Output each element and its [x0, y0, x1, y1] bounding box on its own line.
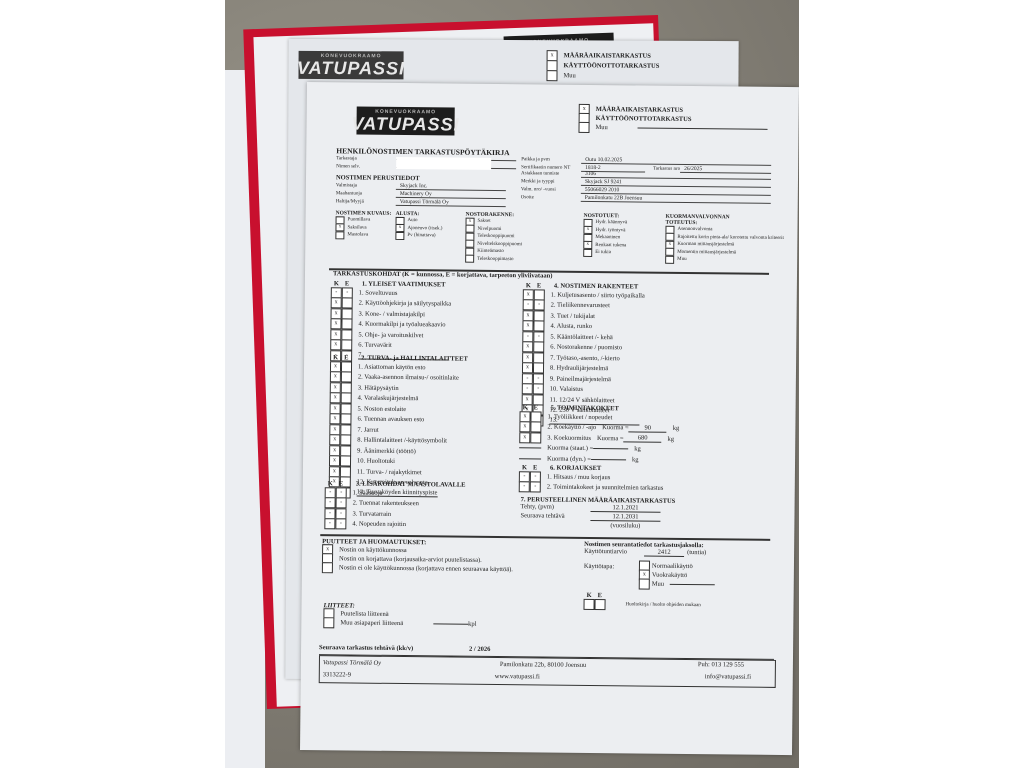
check-item-label: 9. Äänimerkki (tööttö): [357, 447, 416, 455]
check-item-label: 1. Hitsaus / muu korjaus: [547, 473, 610, 481]
attachment-checkbox: [323, 617, 334, 628]
next-label: Seuraava tehtävä: [520, 512, 590, 520]
e-checkbox: [341, 329, 352, 340]
k-checkbox: -: [519, 481, 530, 492]
make-model-label: Merkki ja tyyppi: [521, 179, 581, 185]
check-item-label: 4. Nopeuden rajoitin: [352, 521, 406, 529]
inspection-type-checkbox: [578, 122, 589, 133]
inspection-type-label: Muu: [596, 124, 608, 131]
category-option-label: Niveltelskooppipuomi: [477, 242, 522, 247]
category-option-label: Muu: [677, 257, 687, 262]
load-value: 680: [624, 435, 662, 443]
inspection-type: xMÄÄRÄAIKAISTARKASTUS KÄYTTÖÖNOTTOTARKAS…: [578, 105, 768, 134]
category-option-label: Teleskooppipuomi: [477, 234, 514, 239]
check-item-label: 10. Huoltotuki: [357, 458, 395, 465]
check-item-label: Kuorma (staat.) =: [547, 445, 593, 452]
k-checkbox: x: [522, 321, 533, 332]
load-blank: [591, 459, 626, 460]
load-label: Kuorma =: [597, 435, 624, 442]
category-option-label: Ei tukia: [595, 250, 611, 255]
e-checkbox: [341, 361, 352, 372]
section-thorough-inspection: 7. PERUSTEELLINEN MÄÄRÄAIKAISTARKASTUS T…: [520, 496, 720, 530]
check-item-label: 5. Kääntölaitteet /- kehä: [550, 333, 613, 341]
section-title: 5. TOIMINTAKOKEET: [551, 405, 619, 413]
check-item-label: 5. Noston estolaite: [358, 405, 407, 413]
section-title: 2. TURVA- ja HALLINTALAITTEET: [361, 355, 468, 363]
category-option-label: Hydr. työntyvä: [595, 228, 625, 233]
e-checkbox: -: [533, 331, 544, 342]
section-repairs: KE6. KORJAUKSET--1. Hitsaus / muu korjau…: [519, 464, 664, 494]
unit-label: kg: [632, 456, 639, 463]
check-item-label: 6. Nostorakenne / puomisto: [550, 344, 622, 352]
check-item-label: 6. Turvavärit: [358, 342, 392, 349]
category-option-label: Rajoitettu korin pinta-ala/ korotettu va…: [677, 235, 784, 241]
k-checkbox: -: [519, 471, 530, 482]
category-checkbox: [335, 231, 344, 239]
category-option-label: Pv (hinattava): [407, 233, 435, 238]
e-checkbox: -: [530, 482, 541, 493]
check-item-label: 4. Varalaskujärjestelmä: [358, 395, 419, 403]
check-item-label: 2. Koekäyttö / -ajo: [547, 424, 596, 432]
check-item-label: 4. Kuormakilpi ja työalueakaavio: [358, 321, 445, 329]
check-item-label: 1. Kuljetusasento / siirto työpaikalla: [551, 291, 645, 299]
category-groups: NOSTIMEN KUVAUS:PuomillavaxSaksilavaMast…: [335, 210, 776, 273]
e-checkbox: -: [336, 498, 347, 509]
checks-title: TARKASTUSKOHDAT (K = kunnossa, E = korja…: [333, 270, 552, 279]
doc-logo-main: VATUPASSI: [351, 114, 459, 133]
e-checkbox: [341, 340, 352, 351]
check-item-label: 6. Tuennan avauksen esto: [357, 416, 424, 424]
k-checkbox: x: [519, 421, 530, 432]
remark-label: Nostin on korjattava (korjausaika-arviot…: [339, 555, 482, 563]
k-checkbox: x: [519, 411, 530, 422]
category-option-label: Momentin mittausjärjestelmä: [677, 250, 736, 256]
address-label: Osoite: [521, 195, 581, 201]
manufacturer-label: Valmistaja: [336, 183, 396, 189]
e-checkbox: [342, 298, 353, 309]
k-checkbox: x: [329, 456, 340, 467]
e-checkbox: -: [533, 373, 544, 384]
unit-label: kg: [668, 436, 675, 443]
name-clarification-label: Nimen selv.: [336, 164, 396, 170]
k-checkbox: -: [325, 487, 336, 498]
k-checkbox: x: [330, 361, 341, 372]
category-option-label: Hydr. käännyvä: [596, 220, 628, 225]
category-checkbox: [583, 249, 592, 257]
category-group: KUORMANVALVONNAN TOTEUTUS:Asennonvalvont…: [665, 214, 784, 265]
inspector-label: Tarkastaja: [336, 156, 396, 162]
check-item-label: 1. Asiattoman käytön esto: [358, 363, 426, 371]
k-checkbox: x: [330, 329, 341, 340]
maintenance-k-checkbox: [583, 599, 594, 610]
check-item-label: 8. Hydraulijärjestelmä: [550, 365, 608, 373]
middle-logo-main: VATUPASSI: [297, 59, 405, 78]
middle-check-label: MÄÄRÄAIKAISTARKASTUS: [564, 52, 651, 59]
basic-info-title: NOSTIMEN PERUSTIEDOT: [336, 174, 420, 182]
e-checkbox: [340, 456, 351, 467]
category-option-label: Saksilava: [347, 225, 366, 230]
k-checkbox: x: [330, 319, 341, 330]
k-checkbox: x: [329, 414, 340, 425]
e-checkbox: [340, 424, 351, 435]
k-checkbox: x: [330, 382, 341, 393]
usage-checkbox: [639, 579, 650, 590]
remarks: PUUTTEET JA HUOMAUTUKSET: xNostin on käy…: [322, 538, 582, 575]
basic-info-left: ValmistajaSkyjack Inc. MaahantuojaMachin…: [336, 182, 506, 208]
middle-check-label: KÄYTTÖÖNOTTOTARKASTUS: [564, 62, 660, 70]
check-item-label: 2. Käyttöohjekirja ja säilytyspaikka: [359, 300, 451, 308]
load-blank: [593, 448, 628, 449]
redacted-name: [396, 157, 491, 170]
e-checkbox: [341, 372, 352, 383]
k-checkbox: x: [523, 310, 534, 321]
middle-check-2: [546, 70, 557, 81]
blank-dash: [519, 458, 541, 459]
e-checkbox: [341, 403, 352, 414]
category-option-label: Ajoneuvo (itsek.): [407, 226, 442, 231]
inspection-type-label: KÄYTTÖÖNOTTOTARKASTUS: [596, 115, 692, 123]
load-value: 90: [629, 424, 667, 432]
photo-background: KONEVUOKRAAMO VATUPASSI HENKILÖNOSTIMEN …: [225, 0, 799, 768]
section-general-requirements: KE1. YLEISET VAATIMUKSET--1. Soveltuvuus…: [330, 280, 451, 362]
unit-label: kg: [634, 446, 641, 453]
k-checkbox: -: [522, 373, 533, 384]
category-option-label: Auto: [408, 218, 418, 223]
manufacturer-value: Skyjack Inc.: [396, 183, 506, 191]
hours-label: Käyttötuntiarvio: [584, 548, 644, 556]
footer-email[interactable]: info@vatupassi.fi: [705, 673, 751, 680]
holder-value: Vatupassi Törmälä Oy: [396, 199, 506, 207]
customer-id-label: Asiakkaan tunniste: [521, 171, 581, 177]
attachments: LIITTEET: Puutelista liitteenä Muu asiap…: [323, 602, 523, 629]
next-value: 12.1.2031: [590, 513, 660, 522]
check-item-label: 9. Paineilmajärjestelmä: [550, 375, 611, 383]
category-option-label: Puomillava: [348, 218, 371, 223]
e-checkbox: -: [336, 487, 347, 498]
footer-phone: Puh: 013 129 555: [698, 661, 744, 668]
k-checkbox: x: [330, 372, 341, 383]
check-item-label: 3. Kone- / valmistajakilpi: [359, 310, 426, 318]
footer-website[interactable]: www.vatupassi.fi: [495, 673, 540, 680]
check-item-label: 8. Hallintalaitteet /-käyttösymbolit: [357, 437, 447, 445]
importer-value: Machinery Oy: [396, 191, 506, 199]
attachment-label: Muu asiapaperi liitteenä: [340, 619, 403, 627]
e-checkbox: [340, 466, 351, 477]
usage-option-label: Normaalikäyttö: [652, 563, 693, 570]
category-group-title: KUORMANVALVONNAN TOTEUTUS:: [666, 214, 756, 227]
done-label: Tehty, (pvm): [521, 503, 591, 511]
k-checkbox: x: [522, 342, 533, 353]
check-row: --4. Nopeuden rajoitin: [324, 519, 465, 531]
check-item-label: 11. Turva- / rajakytkimet: [357, 468, 422, 476]
e-checkbox: [341, 382, 352, 393]
check-item-label: 11. 12/24 V sähkölaitteet: [550, 396, 615, 404]
e-checkbox: [533, 363, 544, 374]
middle-logo: KONEVUOKRAAMO VATUPASSI: [298, 51, 403, 80]
next-inspection-label: Seuraava tarkastus tehtävä (kk/v): [319, 644, 469, 653]
unit-label: kg: [673, 425, 680, 432]
hours-unit: (tuntia): [687, 549, 706, 556]
e-checkbox: [533, 321, 544, 332]
category-option-label: Mastolava: [347, 233, 368, 238]
check-item-label: 2. Tieliikennevarusteet: [551, 302, 610, 310]
check-item-label: 1. Soveltuvuus: [359, 289, 398, 296]
year-note: (vuosiluku): [590, 522, 660, 530]
k-checkbox: x: [522, 352, 533, 363]
k-checkbox: -: [331, 287, 342, 298]
importer-label: Maahantuoja: [336, 191, 396, 197]
remark-label: Nostin ei ole käyttökunnossa (korjattava…: [339, 564, 513, 573]
usage-option-label: Vuokrakäyttö: [652, 572, 687, 579]
e-checkbox: -: [335, 508, 346, 519]
category-option-label: Nivelpuomi: [477, 227, 501, 232]
k-checkbox: -: [523, 300, 534, 311]
check-row: --2. Toimintakokeet ja suunnitelmien tar…: [519, 482, 664, 494]
category-checkbox: [665, 256, 674, 264]
footer-business-id: 3313222-9: [323, 671, 351, 678]
usage-label: Käyttötapa:: [584, 561, 639, 589]
check-item-label: 7. Työtaso,-asento, /-kierto: [550, 354, 620, 362]
category-group: NOSTOTUET:Hydr. käännyväxHydr. työntyväM…: [583, 213, 673, 257]
doc-title: HENKILÖNOSTIMEN TARKASTUSPÖYTÄKIRJA: [336, 146, 509, 157]
serial-year-label: Valm. nro/ -vuosi: [521, 187, 581, 193]
k-checkbox: x: [522, 363, 533, 374]
check-item-label: 3. Koekuormitus: [547, 434, 591, 441]
k-checkbox: x: [329, 445, 340, 456]
check-item-label: 1. Työliikkeet / nopeudet: [547, 413, 612, 421]
k-checkbox: x: [330, 403, 341, 414]
e-checkbox: [530, 411, 541, 422]
section-title: 3. LISÄKOHDAT MAASTOLAVALLE: [356, 481, 466, 489]
section-title: 6. KORJAUKSET: [550, 465, 601, 473]
section-safety-controls: KE2. TURVA- ja HALLINTALAITTEETx1. Asiat…: [329, 354, 468, 499]
place-date-label: Paikka ja pvm: [521, 157, 581, 163]
e-checkbox: -: [533, 384, 544, 395]
hours-value: 2412: [644, 549, 684, 557]
k-checkbox: -: [324, 508, 335, 519]
k-checkbox: x: [329, 424, 340, 435]
middle-check-label: Muu: [563, 72, 575, 79]
e-checkbox: [341, 393, 352, 404]
category-checkbox: [395, 232, 404, 240]
k-checkbox: x: [329, 435, 340, 446]
attachment-label: Puutelista liitteenä: [340, 610, 388, 618]
next-inspection-value: 2 / 2026: [469, 646, 490, 653]
attachment-unit: kpl: [468, 621, 476, 628]
e-checkbox: [533, 342, 544, 353]
maintenance-label: Huoltokirja / huolto ohjeiden mukaan: [626, 602, 701, 608]
check-item-label: 2. Vaaka-asennon ilmaisu-/ osoitinlaite: [358, 374, 459, 382]
k-checkbox: x: [519, 432, 530, 443]
inspection-document: KONEVUOKRAAMO VATUPASSI xMÄÄRÄAIKAISTARK…: [300, 82, 799, 755]
k-checkbox: x: [331, 298, 342, 309]
inspection-type-label: MÄÄRÄAIKAISTARKASTUS: [596, 106, 683, 114]
section-title: 4. NOSTIMEN RAKENTEET: [554, 283, 638, 291]
check-item-label: 2. Tuennat rakenteukseen: [353, 500, 419, 508]
check-item-label: 7. Jarrut: [357, 426, 378, 433]
e-checkbox: [341, 319, 352, 330]
k-checkbox: -: [522, 331, 533, 342]
e-checkbox: [530, 422, 541, 433]
remark-label: Nostin on käyttökunnossa: [339, 546, 407, 554]
category-checkbox: [465, 255, 474, 263]
section-title: 1. YLEISET VAATIMUKSET: [362, 281, 446, 289]
check-item-label: 5. Ohje- ja varoituskilvet: [358, 331, 423, 339]
section-terrain: KE3. LISÄKOHDAT MAASTOLAVALLE--1. Sääsuo…: [324, 480, 465, 530]
e-checkbox: [530, 432, 541, 443]
category-option-label: Kiinteämasto: [477, 249, 504, 254]
k-checkbox: x: [331, 308, 342, 319]
e-checkbox: -: [342, 287, 353, 298]
footer: Vatupassi Törmälä Oy 3313222-9 Pamilonka…: [319, 655, 776, 688]
category-option-label: Renkaat tukena: [595, 243, 626, 248]
e-checkbox: [340, 435, 351, 446]
basic-info-right: Asiakkaan tunniste3106 Merkki ja tyyppiS…: [521, 170, 771, 205]
category-option-label: Teleskooppimasto: [477, 257, 513, 262]
e-checkbox: [342, 308, 353, 319]
remark-checkbox: [322, 562, 333, 573]
check-item-label: Kuorma (dyn.) =: [547, 455, 591, 462]
section-function-tests: KE5. TOIMINTAKOKEETx1. Työliikkeet / nop…: [519, 404, 679, 465]
e-checkbox: [340, 414, 351, 425]
check-item-label: 2. Toimintakokeet ja suunnitelmien tarka…: [547, 484, 664, 492]
e-checkbox: -: [335, 519, 346, 530]
k-checkbox: -: [324, 518, 335, 529]
blank-dash: [519, 447, 541, 448]
e-checkbox: [534, 310, 545, 321]
check-item-label: 1. Sääsuoja: [353, 489, 383, 496]
e-checkbox: -: [530, 471, 541, 482]
category-option-label: Sakset: [478, 219, 491, 224]
doc-logo: KONEVUOKRAAMO VATUPASSI: [356, 107, 454, 136]
e-checkbox: [533, 352, 544, 363]
address-value: Pamilonkatu 22B Joensuu: [581, 195, 771, 204]
check-item-label: 10. Valaistus: [550, 386, 583, 393]
check-item-label: 3. Tuet / tukijalat: [551, 312, 595, 319]
check-item-label: 3. Hätäpysäytin: [358, 384, 399, 391]
maintenance-e-checkbox: [594, 599, 605, 610]
category-option-label: Kuorman mittausjärjestelmä: [677, 242, 734, 248]
tracking: Nostimen seurantatiedot tarkastusjaksoll…: [583, 541, 774, 611]
e-checkbox: [340, 445, 351, 456]
footer-company: Vatupassi Törmälä Oy: [323, 659, 381, 667]
load-label: Kuorma =: [602, 424, 629, 431]
category-option-label: Mekaaninen: [595, 235, 620, 240]
check-item-label: 4. Alusta, runko: [550, 323, 592, 330]
footer-address: Pamilonkatu 22b, 80100 Joensuu: [500, 661, 586, 669]
category-option-label: Asennonvalvonta: [677, 227, 712, 232]
k-checkbox: -: [325, 497, 336, 508]
k-checkbox: -: [522, 384, 533, 395]
category-group: NOSTORAKENNE:xSaksetNivelpuomiTeleskoopp…: [465, 212, 556, 264]
usage-option-label: Muu: [652, 581, 664, 588]
done-value: 12.1.2021: [591, 504, 661, 513]
e-checkbox: -: [534, 300, 545, 311]
middle-inspection-type: xMÄÄRÄAIKAISTARKASTUS KÄYTTÖÖNOTTOTARKAS…: [546, 50, 659, 81]
k-checkbox: x: [523, 289, 534, 300]
k-checkbox: x: [330, 393, 341, 404]
check-item-label: 3. Turvatarrain: [352, 510, 391, 517]
e-checkbox: [534, 289, 545, 300]
holder-label: Haltija/Myyjä: [336, 199, 396, 205]
k-checkbox: x: [330, 340, 341, 351]
k-checkbox: x: [329, 466, 340, 477]
